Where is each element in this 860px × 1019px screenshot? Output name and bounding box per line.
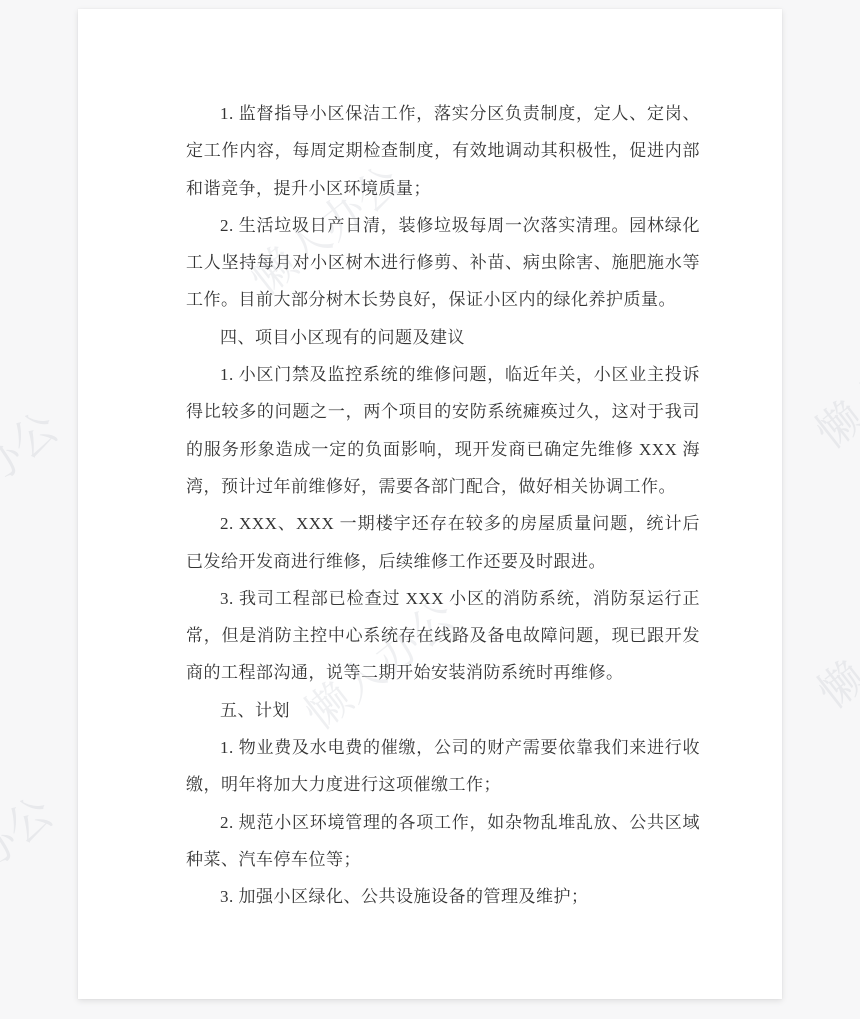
paragraph-access-monitoring-repair: 1. 小区门禁及监控系统的维修问题，临近年关，小区业主投诉得比较多的问题之一，两… [186, 356, 700, 505]
watermark-right-upper: 懒人办公 [800, 302, 860, 461]
heading-section-4-problems-suggestions: 四、项目小区现有的问题及建议 [186, 319, 700, 356]
paragraph-cleaning-supervision: 1. 监督指导小区保洁工作，落实分区负责制度，定人、定岗、定工作内容，每周定期检… [186, 95, 700, 207]
watermark-left-upper: 懒人办公 [0, 394, 69, 553]
paragraph-environment-regulation: 2. 规范小区环境管理的各项工作，如杂物乱堆乱放、公共区域种菜、汽车停车位等； [186, 804, 700, 879]
heading-section-5-plan: 五、计划 [186, 692, 700, 729]
watermark-right-lower: 懒人办公 [802, 562, 860, 721]
paragraph-fee-collection: 1. 物业费及水电费的催缴，公司的财产需要依靠我们来进行收缴，明年将加大力度进行… [186, 729, 700, 804]
paragraph-fire-system: 3. 我司工程部已检查过 XXX 小区的消防系统，消防泵运行正常，但是消防主控中… [186, 580, 700, 692]
watermark-left-lower: 懒人办公 [0, 779, 64, 938]
screenshot-root: { "document": { "background_color": "#f7… [0, 0, 860, 1019]
paragraph-garbage-greening: 2. 生活垃圾日产日清，装修垃圾每周一次落实清理。园林绿化工人坚持每月对小区树木… [186, 207, 700, 319]
paragraph-greening-facilities: 3. 加强小区绿化、公共设施设备的管理及维护； [186, 878, 700, 915]
document-body: 1. 监督指导小区保洁工作，落实分区负责制度，定人、定岗、定工作内容，每周定期检… [186, 95, 700, 916]
document-page: 1. 监督指导小区保洁工作，落实分区负责制度，定人、定岗、定工作内容，每周定期检… [78, 9, 782, 999]
paragraph-housing-quality: 2. XXX、XXX 一期楼宇还存在较多的房屋质量问题，统计后已发给开发商进行维… [186, 505, 700, 580]
